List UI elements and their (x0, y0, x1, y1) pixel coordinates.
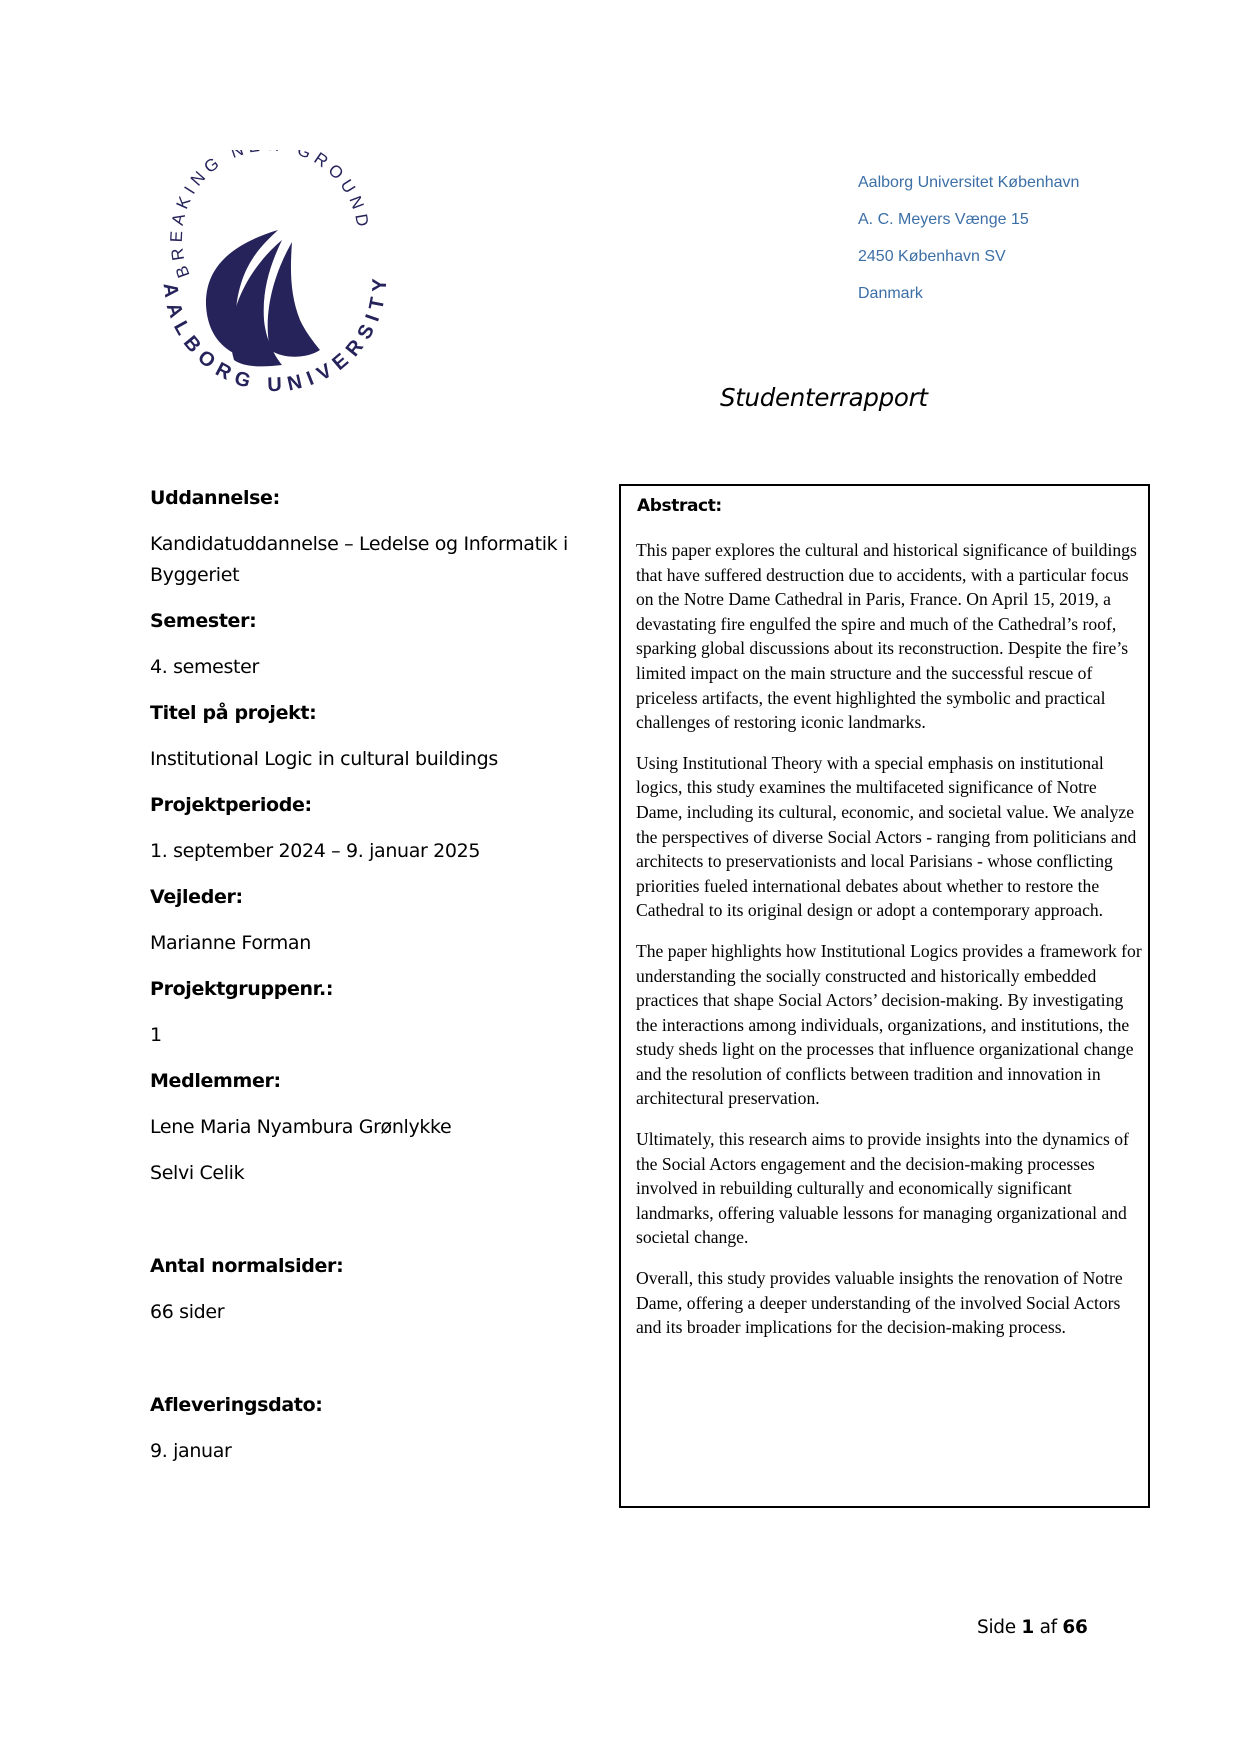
current-page-number: 1 (1021, 1617, 1034, 1638)
member-name: Selvi Celik (150, 1158, 590, 1189)
page-separator: af (1040, 1617, 1057, 1638)
project-period-label: Projektperiode: (150, 790, 590, 836)
member-name: Lene Maria Nyambura Grønlykke (150, 1112, 590, 1143)
abstract-paragraph: Overall, this study provides valuable in… (636, 1266, 1142, 1340)
project-title-value: Institutional Logic in cultural building… (150, 744, 590, 775)
project-period-value: 1. september 2024 – 9. januar 2025 (150, 836, 590, 867)
education-label: Uddannelse: (150, 483, 590, 529)
abstract-paragraph: The paper highlights how Institutional L… (636, 939, 1142, 1111)
education-value-line1: Kandidatuddannelse – Ledelse og Informat… (150, 529, 590, 560)
abstract-paragraph: Ultimately, this research aims to provid… (636, 1127, 1142, 1250)
page-count-value: 66 sider (150, 1297, 590, 1328)
education-value-line2: Byggeriet (150, 560, 590, 591)
address-line-institution: Aalborg Universitet København (858, 172, 1079, 209)
spacer (150, 1204, 590, 1251)
abstract-box: Abstract: This paper explores the cultur… (619, 484, 1150, 1508)
address-line-street: A. C. Meyers Vænge 15 (858, 209, 1079, 246)
page-prefix: Side (977, 1617, 1016, 1638)
report-type-heading: Studenterrapport (720, 383, 960, 412)
project-title-label: Titel på projekt: (150, 698, 590, 744)
abstract-paragraph: Using Institutional Theory with a specia… (636, 751, 1142, 923)
semester-value: 4. semester (150, 652, 590, 683)
page-number-footer: Side 1 af 66 (977, 1617, 1088, 1638)
abstract-body: This paper explores the cultural and his… (636, 538, 1142, 1356)
abstract-title: Abstract: (637, 496, 722, 516)
supervisor-label: Vejleder: (150, 882, 590, 928)
deadline-label: Afleveringsdato: (150, 1390, 590, 1436)
logo-wave-icon (206, 230, 320, 366)
group-number-value: 1 (150, 1020, 590, 1051)
members-label: Medlemmer: (150, 1066, 590, 1112)
deadline-value: 9. januar (150, 1436, 590, 1467)
total-page-count: 66 (1062, 1617, 1087, 1638)
aalborg-university-logo: BREAKING NEW GROUND AALBORG UNIVERSITY (150, 150, 400, 400)
address-line-postal: 2450 København SV (858, 246, 1079, 283)
abstract-paragraph: This paper explores the cultural and his… (636, 538, 1142, 735)
university-address: Aalborg Universitet København A. C. Meye… (858, 172, 1079, 320)
document-page: BREAKING NEW GROUND AALBORG UNIVERSITY A… (0, 0, 1241, 1754)
supervisor-value: Marianne Forman (150, 928, 590, 959)
semester-label: Semester: (150, 606, 590, 652)
university-logo-icon: BREAKING NEW GROUND AALBORG UNIVERSITY (150, 150, 400, 400)
address-line-country: Danmark (858, 283, 1079, 320)
group-number-label: Projektgruppenr.: (150, 974, 590, 1020)
education-value: Kandidatuddannelse – Ledelse og Informat… (150, 529, 590, 591)
project-metadata: Uddannelse: Kandidatuddannelse – Ledelse… (150, 483, 590, 1482)
page-count-label: Antal normalsider: (150, 1251, 590, 1297)
spacer (150, 1343, 590, 1390)
